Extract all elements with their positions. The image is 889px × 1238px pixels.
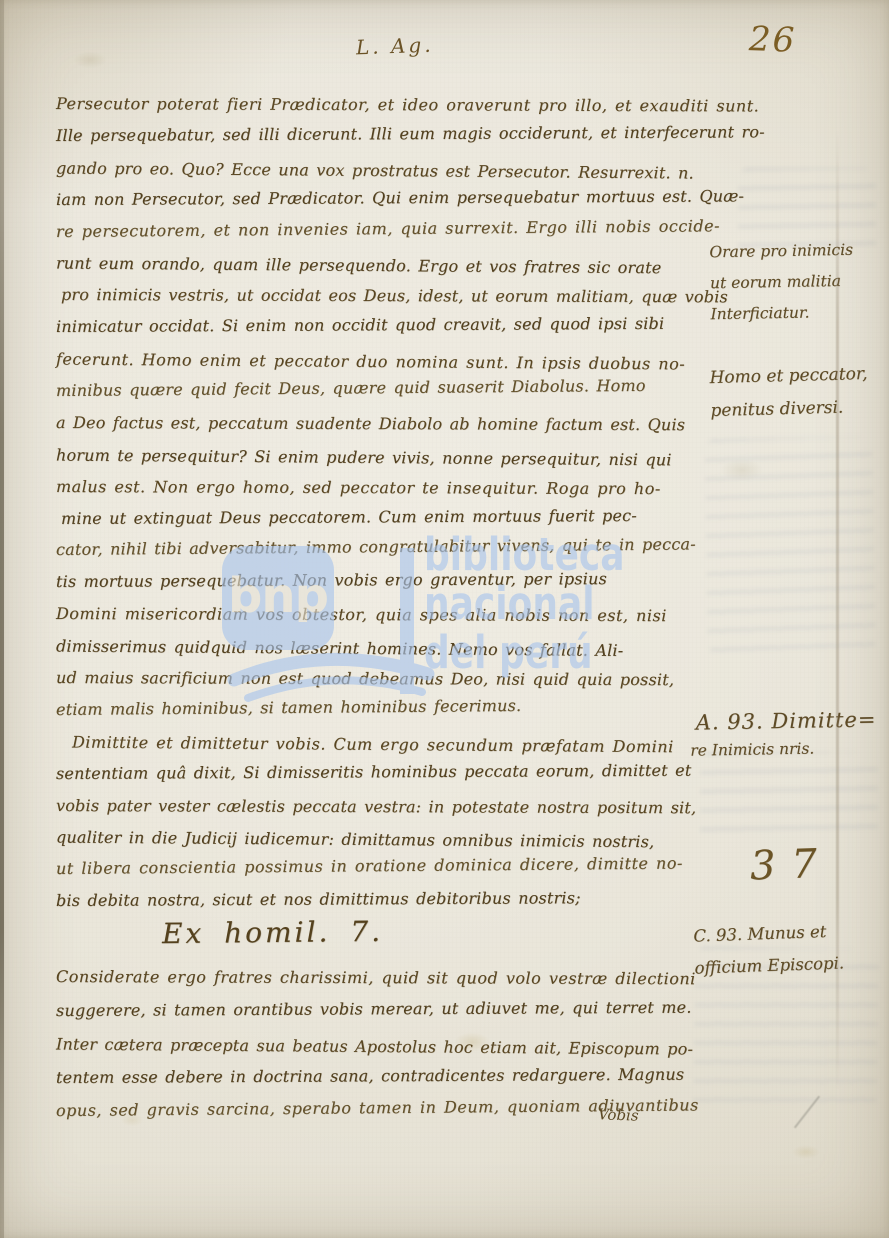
margin-note-c93: C. 93. Munus et officium Episcopi. — [693, 915, 845, 984]
manuscript-line: Domini misericordiam vos obtestor, quia … — [56, 598, 716, 632]
margin-note-line: re Inimicis nris. — [690, 734, 877, 763]
manuscript-line: bis debita nostra, sicut et nos dimittim… — [56, 882, 716, 917]
page-crease — [836, 130, 839, 1090]
manuscript-line: Ille persequebatur, sed illi dicerunt. I… — [56, 116, 716, 151]
margin-note-line: A. 93. Dimitte= — [696, 704, 877, 737]
scan-edge-shadow — [0, 0, 4, 1238]
section-heading: Ex homil. 7. — [162, 915, 383, 950]
second-text-block: Considerate ergo fratres charissimi, qui… — [56, 960, 716, 1128]
margin-note-line: officium Episcopi. — [694, 947, 845, 984]
margin-note-line: penitus diversi. — [710, 391, 869, 428]
margin-note-line: ut eorum malitia — [710, 266, 854, 300]
manuscript-line: suggerere, si tamen orantibus vobis mere… — [56, 990, 716, 1027]
manuscript-line: minibus quære quid fecit Deus, quære qui… — [56, 369, 716, 407]
folio-number: 26 — [748, 19, 797, 61]
manuscript-line: tis mortuus persequebatur. Non vobis erg… — [56, 563, 716, 598]
main-text-block: Persecutor poterat fieri Prædicator, et … — [56, 88, 716, 917]
catchword: Vobis — [598, 1105, 639, 1124]
margin-note-line: C. 93. Munus et — [693, 915, 844, 952]
manuscript-scan: 26 L. Ag. Persecutor poterat fieri Prædi… — [0, 0, 889, 1238]
manuscript-line: vobis pater vester cælestis peccata vest… — [56, 790, 716, 824]
margin-note-a93: A. 93. Dimitte= re Inimicis nris. — [696, 704, 878, 763]
manuscript-line: re persecutorem, et non invenies iam, qu… — [56, 210, 716, 248]
margin-note-homo: Homo et peccator, penitus diversi. — [709, 358, 869, 428]
running-title: L. Ag. — [356, 33, 434, 60]
manuscript-line: etiam malis hominibus, si tamen hominibu… — [56, 688, 716, 726]
margin-note-orare: Orare pro inimicis ut eorum malitia Inte… — [709, 235, 854, 330]
margin-note-line: Interficiatur. — [710, 297, 854, 331]
manuscript-line: a Deo factus est, peccatum suadente Diab… — [56, 407, 716, 441]
margin-note-line: Homo et peccator, — [709, 358, 868, 395]
manuscript-line: inimicatur occidat. Si enim non occidit … — [56, 308, 716, 343]
manuscript-line: cator, nihil tibi adversabitur, immo con… — [56, 529, 716, 567]
manuscript-line: sententiam quâ dixit, Si dimisseritis ho… — [56, 754, 716, 789]
margin-note-line: Orare pro inimicis — [709, 235, 853, 269]
manuscript-line: ut libera conscientia possimus in oratio… — [56, 848, 716, 886]
margin-note-folio37: 37 — [749, 841, 833, 890]
margin-note-line: 37 — [749, 841, 833, 890]
